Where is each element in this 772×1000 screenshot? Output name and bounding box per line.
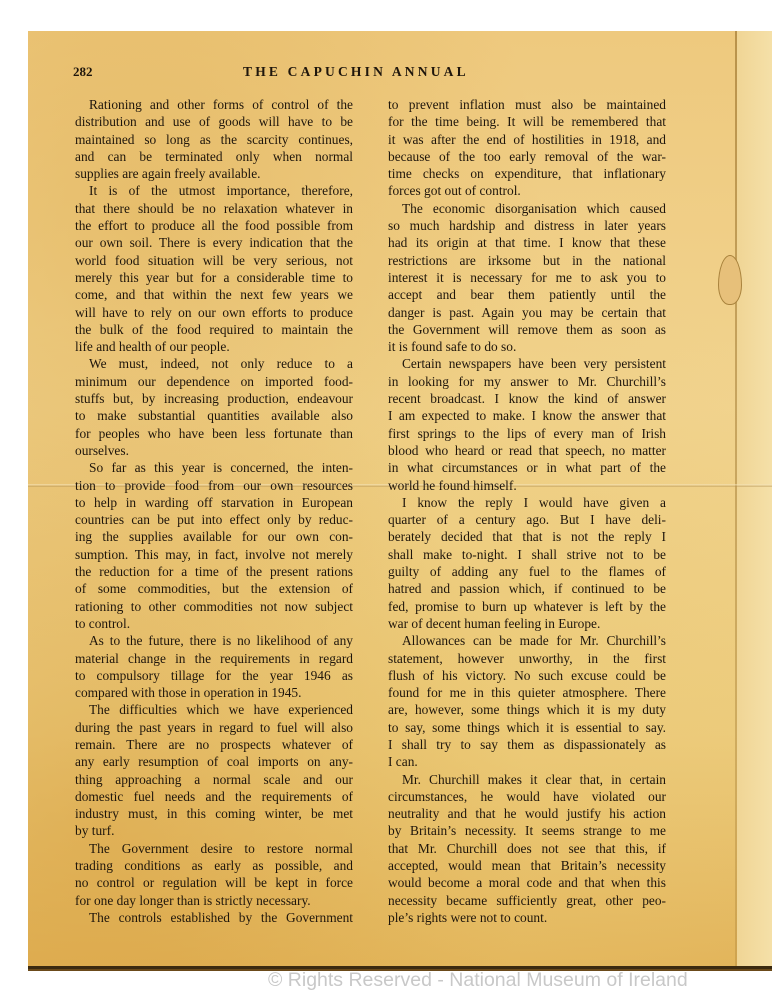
text-line: that Mr. Churchill does not see that thi… [388, 840, 666, 857]
text-line: had its origin at that time. I know that… [388, 234, 666, 251]
text-line: would become a moral code and that when … [388, 874, 666, 891]
text-line: distribution and use of goods will have … [75, 113, 353, 130]
text-line: come, and that within the next few years… [75, 286, 353, 303]
text-column-right: to prevent inflation must also be mainta… [388, 96, 666, 926]
text-line: maintained so long as the scarcity conti… [75, 131, 353, 148]
text-line: supplies are again freely available. [75, 165, 353, 182]
text-line: life and health of our people. [75, 338, 353, 355]
text-line: I know the reply I would have given a [388, 494, 666, 511]
text-line: for one day longer than is strictly nece… [75, 892, 353, 909]
text-line: to make substantial quantities available… [75, 407, 353, 424]
text-line: no control or regulation will be kept in… [75, 874, 353, 891]
text-line: rationing to other commodities not now s… [75, 598, 353, 615]
text-line: it is found safe to do so. [388, 338, 666, 355]
text-line: I am expected to make. I know the answer… [388, 407, 666, 424]
text-line: Certain newspapers have been very persis… [388, 355, 666, 372]
text-line: The Government desire to restore normal [75, 840, 353, 857]
text-line: it was after the end of hostilities in 1… [388, 131, 666, 148]
text-line: to control. [75, 615, 353, 632]
text-line: merely this year but for a considerable … [75, 269, 353, 286]
text-line: the bulk of the food required to maintai… [75, 321, 353, 338]
text-line: ple’s rights were not to count. [388, 909, 666, 926]
text-line: world food situation will be very seriou… [75, 252, 353, 269]
text-line: and can be terminated only when normal [75, 148, 353, 165]
text-line: accepted, would mean that Britain’s nece… [388, 857, 666, 874]
text-line: berately decided that that is not the re… [388, 528, 666, 545]
text-line: material change in the requirements in r… [75, 650, 353, 667]
text-line: stuffs but, by increasing production, en… [75, 390, 353, 407]
text-line: to help in warding off starvation in Eur… [75, 494, 353, 511]
text-line: because of the too early removal of the … [388, 148, 666, 165]
text-line: during the past years in regard to fuel … [75, 719, 353, 736]
text-line: blood who heard or read that speech, no … [388, 442, 666, 459]
page-number: 282 [73, 64, 93, 80]
text-line: remain. There are no prospects whatever … [75, 736, 353, 753]
text-line: ourselves. [75, 442, 353, 459]
text-line: neutrality and that he would justify his… [388, 805, 666, 822]
scanned-page-viewer: 282 THE CAPUCHIN ANNUAL Rationing and ot… [0, 0, 772, 1000]
text-column-left: Rationing and other forms of control of … [75, 96, 353, 926]
text-line: hatred and passion which, if continued t… [388, 580, 666, 597]
text-line: for peoples who have been less fortunate… [75, 425, 353, 442]
text-line: the Government will remove them as soon … [388, 321, 666, 338]
text-line: I can. [388, 753, 666, 770]
fold-crease-vertical [735, 31, 737, 969]
text-line: circumstances, he would have violated ou… [388, 788, 666, 805]
text-line: by turf. [75, 822, 353, 839]
text-line: the effort to produce all the food possi… [75, 217, 353, 234]
text-line: to prevent inflation must also be mainta… [388, 96, 666, 113]
text-line: fed, promise to burn up whatever is left… [388, 598, 666, 615]
text-line: necessity became sufficiently great, oth… [388, 892, 666, 909]
text-line: in looking for my answer to Mr. Churchil… [388, 373, 666, 390]
text-line: thing approaching a normal scale and our [75, 771, 353, 788]
text-line: minimum our dependence on imported food- [75, 373, 353, 390]
text-line: for the time being. It will be remembere… [388, 113, 666, 130]
text-line: shall make to-night. I shall strive not … [388, 546, 666, 563]
text-line: flush of his victory. No such excuse cou… [388, 667, 666, 684]
text-line: recent broadcast. I know the kind of ans… [388, 390, 666, 407]
text-line: time checks on expenditure, that inflati… [388, 165, 666, 182]
text-line: war of decent human feeling in Europe. [388, 615, 666, 632]
text-line: industry must, in this coming winter, be… [75, 805, 353, 822]
text-line: Rationing and other forms of control of … [75, 96, 353, 113]
text-line: to compulsory tillage for the year 1946 … [75, 667, 353, 684]
text-line: countries can be put into effect only by… [75, 511, 353, 528]
text-line: our own soil. There is every indication … [75, 234, 353, 251]
text-line: I shall try to say them as dispassionate… [388, 736, 666, 753]
text-line: found for me in this quieter atmosphere.… [388, 684, 666, 701]
text-line: that there should be no relaxation whate… [75, 200, 353, 217]
folded-page-edge [737, 31, 772, 969]
text-line: guilty of adding any fuel to the flames … [388, 563, 666, 580]
text-line: to say, some things which it is essentia… [388, 719, 666, 736]
text-line: restrictions are irksome but in the nati… [388, 252, 666, 269]
text-line: sumption. This may, in fact, involve not… [75, 546, 353, 563]
text-line: As to the future, there is no likelihood… [75, 632, 353, 649]
text-line: We must, indeed, not only reduce to a [75, 355, 353, 372]
text-line: It is of the utmost importance, therefor… [75, 182, 353, 199]
text-line: Mr. Churchill makes it clear that, in ce… [388, 771, 666, 788]
text-line: by Britain’s necessity. It seems strange… [388, 822, 666, 839]
text-line: in what circumstances or in what part of… [388, 459, 666, 476]
text-line: trading conditions as early as possible,… [75, 857, 353, 874]
text-line: world he found himself. [388, 477, 666, 494]
copyright-watermark: © Rights Reserved - National Museum of I… [268, 969, 688, 992]
text-line: compared with those in operation in 1945… [75, 684, 353, 701]
text-line: forces got out of control. [388, 182, 666, 199]
text-line: so much hardship and distress in later y… [388, 217, 666, 234]
text-line: accept and bear them patiently until the [388, 286, 666, 303]
text-line: Allowances can be made for Mr. Churchill… [388, 632, 666, 649]
text-line: The difficulties which we have experienc… [75, 701, 353, 718]
text-line: of some commodities, but the extension o… [75, 580, 353, 597]
text-line: quarter of a century ago. But I have del… [388, 511, 666, 528]
text-line: statement, however unworthy, in the firs… [388, 650, 666, 667]
text-line: any early resumption of coal imports on … [75, 753, 353, 770]
text-line: The controls established by the Governme… [75, 909, 353, 926]
text-line: The economic disorganisation which cause… [388, 200, 666, 217]
text-line: danger is past. Again you may be certain… [388, 304, 666, 321]
text-line: ing the supplies available for our own c… [75, 528, 353, 545]
text-line: are, however, some things which it is my… [388, 701, 666, 718]
text-line: first springs to the lips of every man o… [388, 425, 666, 442]
text-line: tion to provide food from our own resour… [75, 477, 353, 494]
text-line: So far as this year is concerned, the in… [75, 459, 353, 476]
text-line: interest it is necessary for me to ask y… [388, 269, 666, 286]
running-title: THE CAPUCHIN ANNUAL [243, 64, 469, 80]
text-line: will have to rely on our own efforts to … [75, 304, 353, 321]
text-line: the reduction for a time of the present … [75, 563, 353, 580]
text-line: domestic fuel needs and the requirements… [75, 788, 353, 805]
